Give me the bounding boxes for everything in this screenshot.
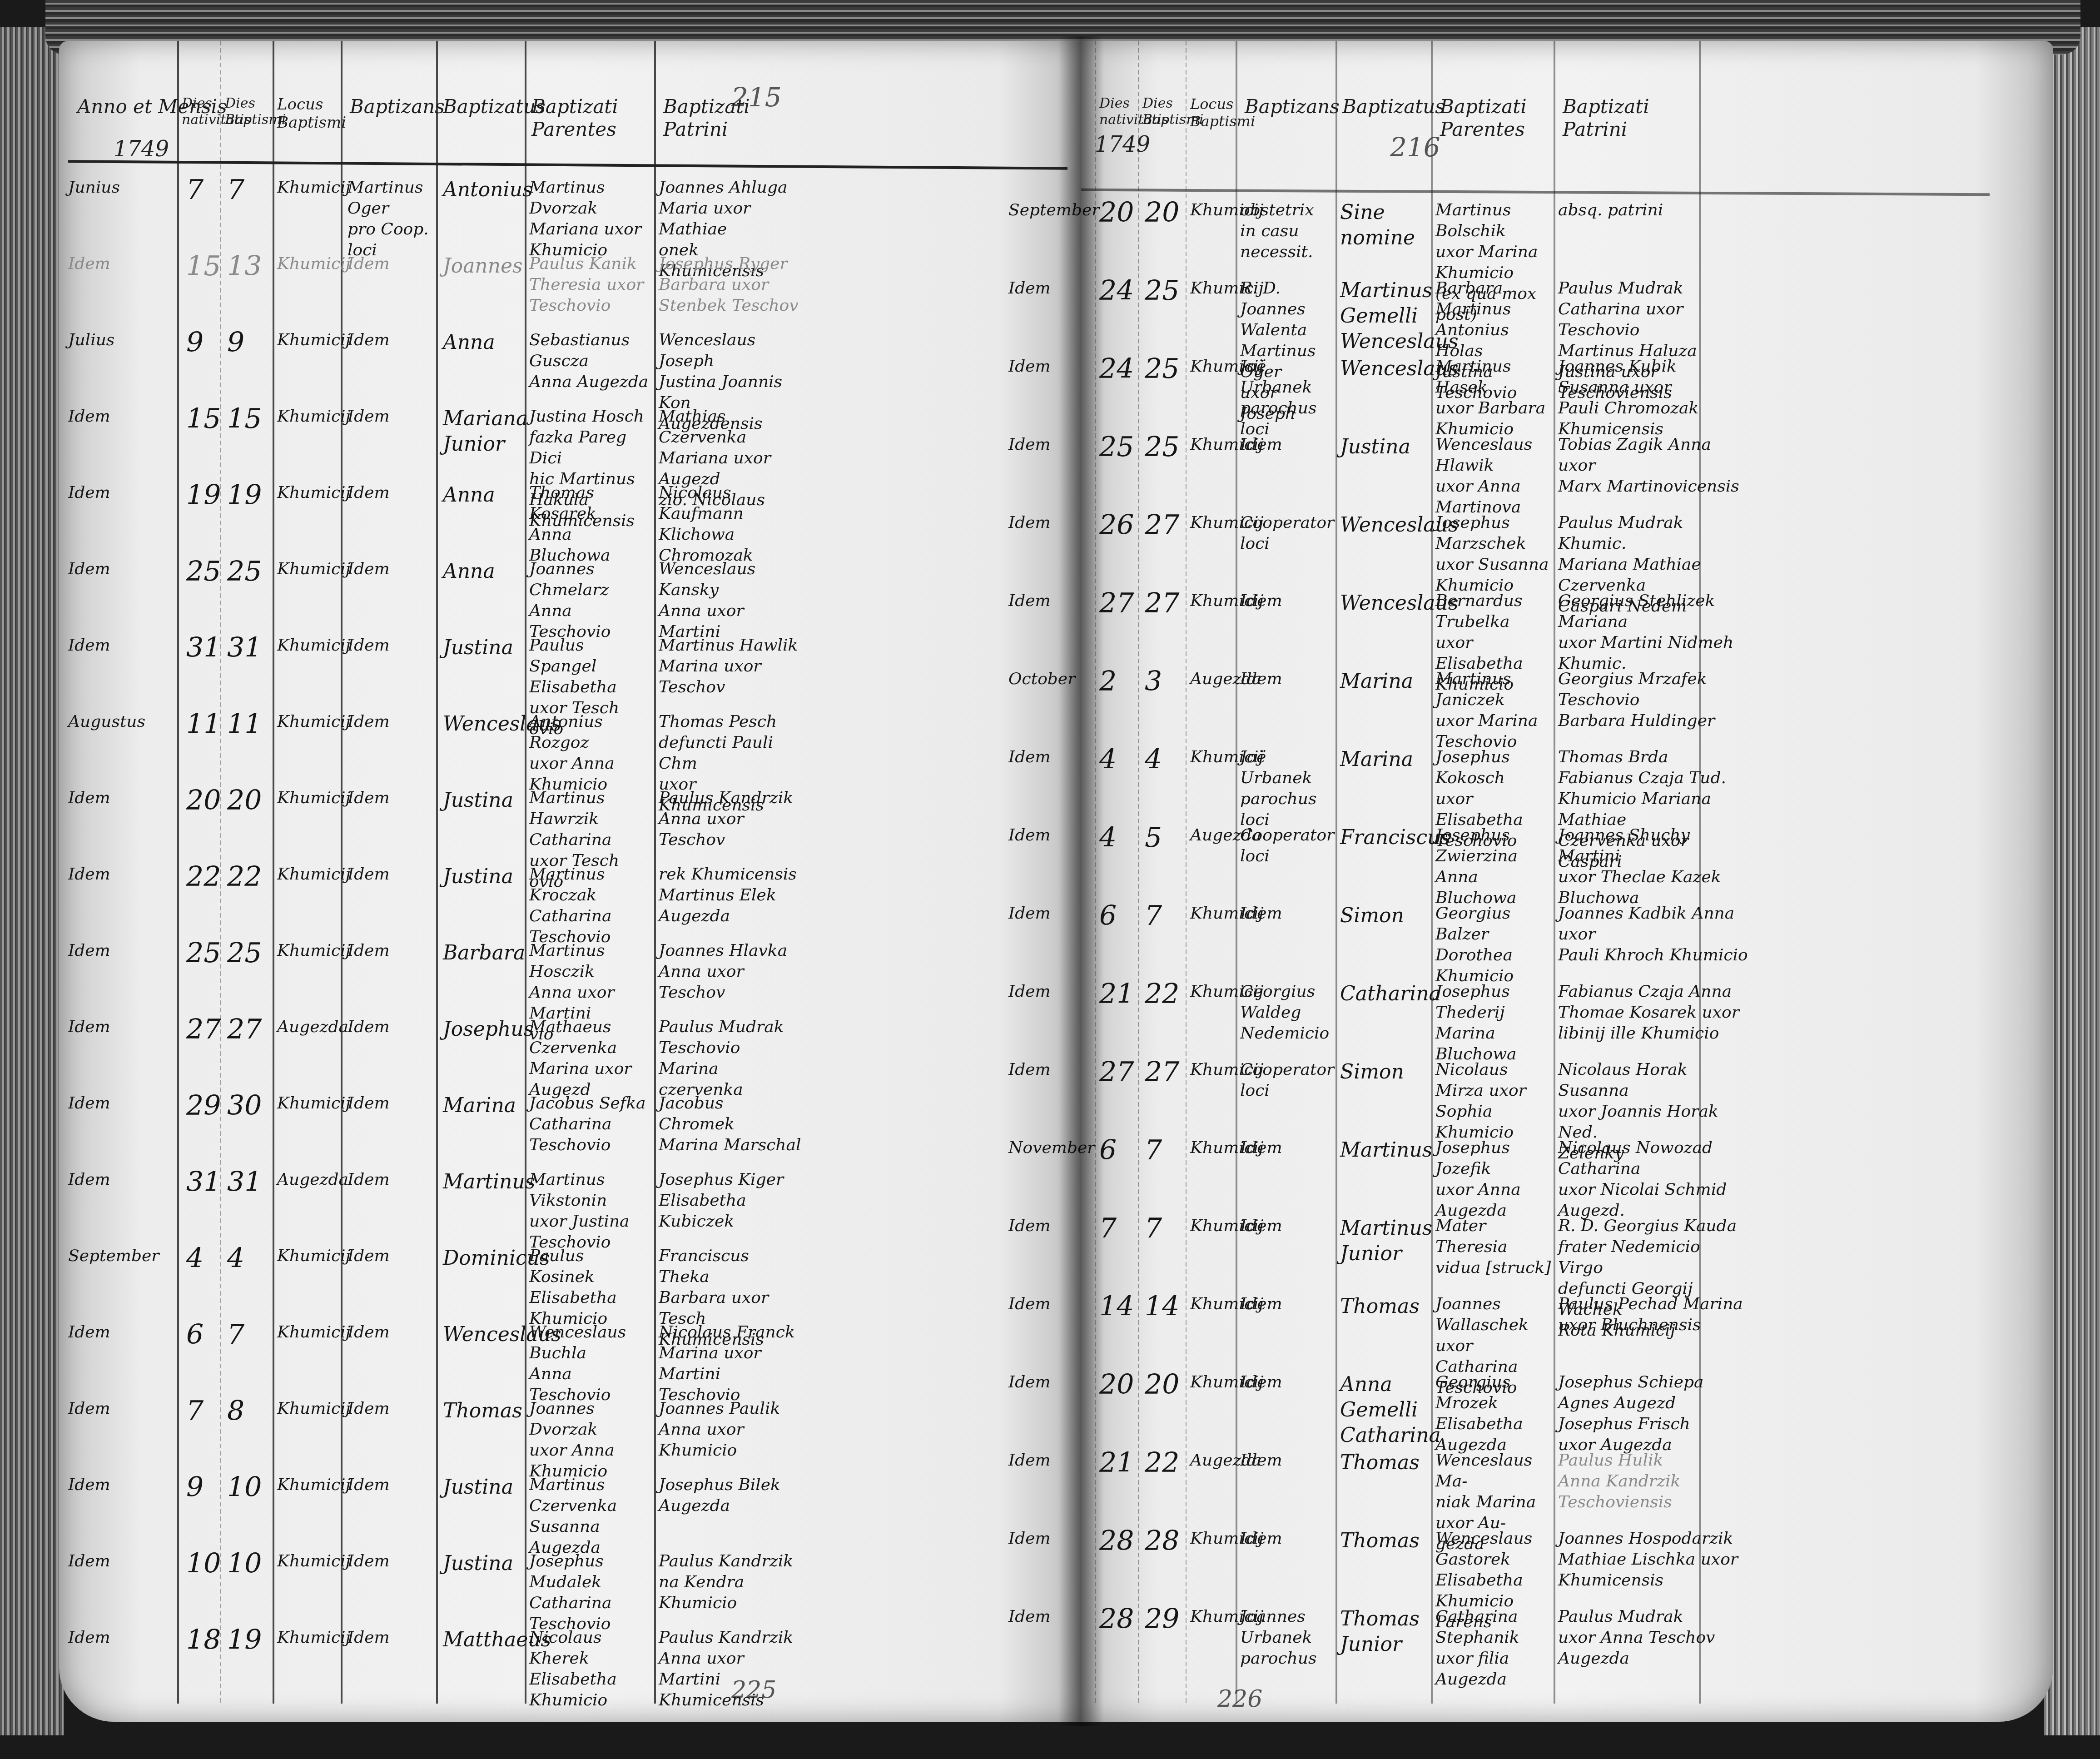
entry-place: Khumicij [1190, 1528, 1236, 1549]
entry-baptized: 25 [1145, 278, 1186, 303]
header-place: Locus Baptismi [277, 95, 341, 132]
entry-place: Augezda [277, 1017, 341, 1038]
entry-born: 18 [186, 1627, 223, 1653]
entry-baptizans: Idem [348, 1322, 434, 1343]
entry-child: Anna [443, 482, 525, 508]
entry-place: Khumicij [1190, 434, 1236, 455]
entry-child: Wenceslaus [1340, 512, 1431, 538]
entry-baptized: 11 [227, 711, 268, 737]
entry-child: Sine nomine [1340, 200, 1431, 251]
header-baptizans: Baptizans [1245, 95, 1331, 118]
entry-baptized: 25 [227, 940, 268, 966]
entry-baptized: 27 [227, 1017, 268, 1042]
entry-godparents: Martinus Hawlik Marina uxor Teschov [659, 635, 804, 698]
entry-born: 7 [186, 1398, 223, 1424]
entry-baptizans: Joannes Urbanek parochus [1240, 1606, 1333, 1669]
entry-place: Khumicij [1190, 356, 1236, 377]
entry-baptized: 25 [1145, 434, 1186, 460]
entry-month: Idem [68, 788, 173, 809]
header-born: Dies nativitatis [1099, 95, 1140, 128]
entry-baptized: 20 [1145, 1372, 1186, 1397]
entry-baptizans: Cooperator loci [1240, 512, 1333, 554]
entry-place: Khumicij [277, 1246, 341, 1267]
entry-child: Thomas [443, 1398, 525, 1424]
entry-born: 28 [1099, 1528, 1136, 1554]
entry-child: Josephus [443, 1017, 525, 1042]
entry-place: Khumicij [277, 1398, 341, 1419]
entry-godparents: Georgius Stehlizek Mariana uxor Martini … [1558, 591, 1749, 674]
entry-baptizans: Cooperator loci [1240, 1059, 1333, 1101]
header-parents: Baptizati Parentes [531, 95, 650, 141]
entry-baptizans: Idem [348, 1627, 434, 1648]
entry-baptized: 27 [1145, 591, 1186, 616]
entry-parents: Martinus Hasek uxor Barbara Khumicio [1435, 356, 1554, 440]
entry-child: Wenceslaus [443, 1322, 525, 1347]
entry-parents: Josephus Thederij Marina Bluchowa [1435, 981, 1554, 1065]
entry-month: Idem [68, 1093, 173, 1114]
entry-place: Khumicij [1190, 278, 1236, 299]
entry-baptized: 27 [1145, 1059, 1186, 1085]
entry-baptized: 13 [227, 253, 268, 279]
header-born: Dies nativitatis [182, 95, 223, 128]
entry-baptizans: Idem [348, 1246, 434, 1267]
entry-born: 9 [186, 1475, 223, 1500]
entry-parents: Nicolaus Kherek Elisabetha Khumicio [529, 1627, 654, 1711]
entry-baptized: 7 [227, 1322, 268, 1347]
entry-place: Khumicij [1190, 1372, 1236, 1393]
entry-parents: Martinus Kroczak Catharina Teschovio [529, 864, 654, 948]
entry-month: Augustus [68, 711, 173, 732]
open-register-book: 215 225 1749 Anno et Mensis Dies nativit… [0, 0, 2100, 1759]
entry-child: Marina [1340, 747, 1431, 772]
entry-child: Justina [1340, 434, 1431, 460]
entry-child: Wenceslaus [443, 711, 525, 737]
entry-parents: Joannes Chmelarz Anna Teschovio [529, 559, 654, 642]
entry-born: 4 [186, 1246, 223, 1271]
entry-place: Khumicij [1190, 981, 1236, 1002]
entry-child: Wenceslaus [1340, 356, 1431, 382]
entry-child: Antonius [443, 177, 525, 203]
entry-born: 20 [1099, 200, 1136, 225]
entry-baptized: 7 [227, 177, 268, 203]
entry-born: 24 [1099, 278, 1136, 303]
entry-baptized: 30 [227, 1093, 268, 1118]
entry-born: 19 [186, 482, 223, 508]
entry-godparents: Nicolaus Nowozad Catharina uxor Nicolai … [1558, 1138, 1749, 1221]
entry-born: 31 [186, 635, 223, 661]
entry-baptizans: Idem [348, 1551, 434, 1572]
entry-baptizans: Idem [1240, 1138, 1333, 1158]
entry-baptized: 31 [227, 635, 268, 661]
entry-baptized: 29 [1145, 1606, 1186, 1632]
entry-baptizans: Idem [348, 940, 434, 961]
entry-month: September [68, 1246, 173, 1267]
folio-number-top: 216 [1390, 132, 1440, 163]
entry-baptizans: Idem [348, 559, 434, 580]
entry-month: Idem [68, 559, 173, 580]
entry-baptized: 25 [1145, 356, 1186, 382]
entry-child: Justina [443, 1551, 525, 1576]
header-godparents: Baptizati Patrini [1563, 95, 1699, 141]
entry-godparents: Georgius Mrzafek Teschovio Barbara Huldi… [1558, 669, 1749, 731]
entry-child: Anna [443, 330, 525, 355]
entry-place: Khumicij [277, 482, 341, 503]
entry-godparents: Nicolaus Kaufmann Klichowa Chromozak [659, 482, 804, 566]
entry-place: Khumicij [277, 177, 341, 198]
entry-parents: Georgius Mrozek Elisabetha Augezda [1435, 1372, 1554, 1456]
entry-born: 20 [186, 788, 223, 813]
entry-place: Augezda [277, 1169, 341, 1190]
entry-child: Anna Gemelli Catharina [1340, 1372, 1431, 1448]
entry-place: Khumicij [277, 635, 341, 656]
entry-month: Idem [68, 1322, 173, 1343]
entry-baptized: 4 [227, 1246, 268, 1271]
entry-born: 6 [1099, 1138, 1136, 1163]
entry-place: Augezda [1190, 669, 1236, 690]
entry-parents: Martinus Janiczek uxor Marina Teschovio [1435, 669, 1554, 752]
entry-place: Khumicij [277, 788, 341, 809]
entry-baptized: 9 [227, 330, 268, 355]
entry-baptizans: Joë Urbanek parochus loci [1240, 747, 1333, 830]
entry-parents: Catharina Stephanik uxor filia Augezda [1435, 1606, 1554, 1690]
entry-month: Idem [68, 406, 173, 427]
entry-baptizans: Idem [348, 330, 434, 351]
entry-baptized: 10 [227, 1475, 268, 1500]
entry-baptizans: Idem [348, 864, 434, 885]
left-page: 215 225 1749 Anno et Mensis Dies nativit… [59, 41, 1081, 1722]
right-page: 216 226 1749 Dies nativitatis Dies Bapti… [1081, 41, 2053, 1722]
entry-child: Simon [1340, 903, 1431, 929]
entry-baptized: 5 [1145, 825, 1186, 850]
entry-born: 7 [186, 177, 223, 203]
entry-born: 28 [1099, 1606, 1136, 1632]
entry-baptized: 25 [227, 559, 268, 584]
entry-born: 29 [186, 1093, 223, 1118]
entry-parents: Thomas Kosarek Anna Bluchowa [529, 482, 654, 566]
entry-godparents: Joannes Hlavka Anna uxor Teschov [659, 940, 804, 1003]
entry-baptized: 7 [1145, 1138, 1186, 1163]
entry-child: Martinus Junior [1340, 1216, 1431, 1267]
entry-parents: Josephus Jozefik uxor Anna Augezda [1435, 1138, 1554, 1221]
entry-baptizans: Idem [1240, 434, 1333, 455]
entry-place: Khumicij [277, 1475, 341, 1496]
entry-godparents: absq. patrini [1558, 200, 1749, 221]
entry-baptizans: Martinus Oger pro Coop. loci [348, 177, 434, 261]
entry-baptizans: Cooperator loci [1240, 825, 1333, 867]
entry-godparents: Nicolaus Franck Marina uxor Martini Tesc… [659, 1322, 804, 1406]
entry-child: Marina [443, 1093, 525, 1118]
entry-place: Augezda [1190, 825, 1236, 846]
entry-place: Khumicij [277, 559, 341, 580]
entry-godparents: Paulus Hulik Anna Kandrzik Teschoviensis [1558, 1450, 1749, 1513]
entry-baptizans: Idem [348, 406, 434, 427]
entry-born: 7 [1099, 1216, 1136, 1241]
entry-place: Khumicij [277, 330, 341, 351]
entry-parents: Nicolaus Mirza uxor Sophia Khumicio [1435, 1059, 1554, 1143]
entry-month: Idem [68, 635, 173, 656]
entry-child: Wenceslaus [1340, 591, 1431, 616]
entry-godparents: Joannes Shuchy Martini uxor Theclae Kaze… [1558, 825, 1749, 909]
book-gutter [1058, 36, 1104, 1726]
entry-baptizans: Idem [348, 482, 434, 503]
entry-baptizans: Idem [348, 1093, 434, 1114]
entry-born: 4 [1099, 825, 1136, 850]
entry-place: Khumicij [1190, 747, 1236, 768]
entry-baptizans: Idem [1240, 1216, 1333, 1237]
entry-child: Thomas [1340, 1528, 1431, 1554]
entry-baptized: 15 [227, 406, 268, 432]
entry-godparents: Joannes Kubik Susanna uxor Pauli Chromoz… [1558, 356, 1749, 440]
entry-baptizans: Idem [348, 1398, 434, 1419]
entry-baptizans: Joë Urbanek parochus loci [1240, 356, 1333, 440]
entry-place: Khumicij [1190, 1216, 1236, 1237]
entry-month: Junius [68, 177, 173, 198]
entry-child: Anna [443, 559, 525, 584]
entry-godparents: rek Khumicensis Martinus Elek Augezda [659, 864, 804, 927]
entry-place: Khumicij [1190, 591, 1236, 611]
entry-parents: Wenceslaus Buchla Anna Teschovio [529, 1322, 654, 1406]
entry-baptized: 22 [1145, 981, 1186, 1007]
entry-baptizans: Idem [348, 635, 434, 656]
entry-parents: Mathaeus Czervenka Marina uxor Augezd [529, 1017, 654, 1100]
entry-child: Joannes [443, 253, 525, 279]
entry-godparents: Joannes Paulik Anna uxor Khumicio [659, 1398, 804, 1461]
entry-child: Thomas [1340, 1294, 1431, 1319]
entry-parents: Wenceslaus Hlawik uxor Anna Martinova [1435, 434, 1554, 518]
entry-child: Matthaeus [443, 1627, 525, 1653]
entry-born: 25 [1099, 434, 1136, 460]
header-child: Baptizatus [443, 95, 546, 118]
entry-child: Justina [443, 1475, 525, 1500]
entry-place: Khumicij [1190, 1294, 1236, 1315]
entry-born: 27 [1099, 1059, 1136, 1085]
entry-born: 2 [1099, 669, 1136, 694]
entry-child: Thomas [1340, 1450, 1431, 1476]
entry-baptizans: Idem [1240, 1294, 1333, 1315]
entry-child: Barbara [443, 940, 525, 966]
entry-child: Martinus [443, 1169, 525, 1195]
entry-godparents: Wenceslaus Kansky Anna uxor Martini [659, 559, 804, 642]
entry-baptizans: Idem [348, 253, 434, 274]
entry-born: 25 [186, 559, 223, 584]
entry-parents: Josephus Mudalek Catharina Teschovio [529, 1551, 654, 1635]
entry-place: Khumicij [277, 940, 341, 961]
entry-baptized: 4 [1145, 747, 1186, 772]
entry-parents: Mater Theresia vidua [struck] [1435, 1216, 1554, 1278]
entry-baptizans: Idem [1240, 1528, 1333, 1549]
entry-child: Martinus Gemelli Wenceslaus [1340, 278, 1431, 354]
entry-born: 31 [186, 1169, 223, 1195]
entry-baptizans: Idem [348, 788, 434, 809]
entry-baptizans: Idem [1240, 669, 1333, 690]
entry-baptizans: Idem [348, 1017, 434, 1038]
entry-place: Khumicij [1190, 1138, 1236, 1158]
entry-parents: Antonius Rozgoz uxor Anna Khumicio [529, 711, 654, 795]
entry-month: Idem [68, 1475, 173, 1496]
entry-child: Thomas Junior [1340, 1606, 1431, 1657]
entry-baptizans: obstetrix in casu necessit. [1240, 200, 1333, 263]
entry-baptized: 19 [227, 482, 268, 508]
entry-month: Idem [68, 1551, 173, 1572]
entry-child: Justina [443, 788, 525, 813]
entry-baptized: 20 [227, 788, 268, 813]
header-baptized: Dies Baptismi [1142, 95, 1186, 128]
entry-place: Khumicij [1190, 512, 1236, 533]
entry-parents: Jacobus Sefka Catharina Teschovio [529, 1093, 654, 1156]
entry-baptized: 22 [227, 864, 268, 889]
entry-place: Khumicij [1190, 1606, 1236, 1627]
entry-baptized: 20 [1145, 200, 1186, 225]
entry-godparents: Paulus Mudrak Teschovio Marina czervenka [659, 1017, 804, 1100]
entry-baptizans: Georgius Waldeg Nedemicio [1240, 981, 1333, 1044]
entry-godparents: Josephus Schiepa Agnes Augezd Josephus F… [1558, 1372, 1749, 1456]
entry-baptizans: Idem [1240, 1372, 1333, 1393]
entry-month: Idem [68, 1627, 173, 1648]
entry-month: Idem [68, 1017, 173, 1038]
entry-child: Martinus [1340, 1138, 1431, 1163]
entry-baptized: 14 [1145, 1294, 1186, 1319]
entry-born: 27 [1099, 591, 1136, 616]
entry-godparents: Joannes Kadbik Anna uxor Pauli Khroch Kh… [1558, 903, 1749, 966]
entry-godparents: Josephus Kiger Elisabetha Kubiczek [659, 1169, 804, 1232]
year-label: 1749 [114, 136, 169, 162]
entry-month: Idem [68, 864, 173, 885]
entry-parents: Georgius Balzer Dorothea Khumicio [1435, 903, 1554, 987]
left-page-stack [0, 27, 64, 1735]
entry-parents: Josephus Zwierzina Anna Bluchowa [1435, 825, 1554, 909]
entry-born: 21 [1099, 1450, 1136, 1476]
entry-place: Khumicij [1190, 200, 1236, 221]
entry-godparents: Josephus Ryger Barbara uxor Stenbek Tesc… [659, 253, 804, 316]
entry-godparents: Paulus Kandrzik na Kendra Khumicio [659, 1551, 804, 1614]
entry-child: Mariana Junior [443, 406, 525, 457]
entry-month: Julius [68, 330, 173, 351]
entry-godparents: Josephus Bilek Augezda [659, 1475, 804, 1516]
entry-baptizans: Idem [348, 711, 434, 732]
entry-baptizans: Idem [1240, 591, 1333, 611]
entry-baptized: 22 [1145, 1450, 1186, 1476]
entry-place: Khumicij [1190, 903, 1236, 924]
entry-month: Idem [68, 1398, 173, 1419]
entry-parents: Sebastianus Guscza Anna Augezda [529, 330, 654, 393]
entry-born: 4 [1099, 747, 1136, 772]
entry-baptized: 7 [1145, 1216, 1186, 1241]
entry-baptizans: Idem [1240, 903, 1333, 924]
entry-child: Catharina [1340, 981, 1431, 1007]
entry-born: 11 [186, 711, 223, 737]
entry-baptized: 27 [1145, 512, 1186, 538]
entry-baptizans: Idem [348, 1169, 434, 1190]
entry-born: 22 [186, 864, 223, 889]
entry-born: 14 [1099, 1294, 1136, 1319]
entry-born: 15 [186, 253, 223, 279]
entry-place: Khumicij [277, 1627, 341, 1648]
entry-parents: Paulus Kosinek Elisabetha Khumicio [529, 1246, 654, 1329]
entry-baptized: 19 [227, 1627, 268, 1653]
entry-born: 27 [186, 1017, 223, 1042]
entry-child: Franciscus [1340, 825, 1431, 850]
entry-place: Khumicij [1190, 1059, 1236, 1080]
entry-born: 6 [186, 1322, 223, 1347]
entry-child: Justina [443, 635, 525, 661]
entry-baptizans: Idem [1240, 1450, 1333, 1471]
entry-month: Idem [68, 253, 173, 274]
entry-place: Khumicij [277, 253, 341, 274]
entry-child: Justina [443, 864, 525, 889]
entry-parents: Joannes Dvorzak uxor Anna Khumicio [529, 1398, 654, 1482]
entry-baptized: 28 [1145, 1528, 1186, 1554]
entry-born: 9 [186, 330, 223, 355]
header-baptized: Dies Baptismi [225, 95, 270, 128]
entry-godparents: Paulus Pechad Marina uxor Bluchnensis [1558, 1294, 1749, 1336]
entry-born: 21 [1099, 981, 1136, 1007]
entry-born: 26 [1099, 512, 1136, 538]
entry-child: Simon [1340, 1059, 1431, 1085]
entry-godparents: Jacobus Chromek Marina Marschal [659, 1093, 804, 1156]
entry-parents: Martinus Dvorzak Mariana uxor Khumicio [529, 177, 654, 261]
entry-month: Idem [68, 940, 173, 961]
header-place: Locus Baptismi [1190, 95, 1236, 130]
entry-godparents: Paulus Kandrzik Anna uxor Teschov [659, 788, 804, 850]
entry-child: Dominicus [443, 1246, 525, 1271]
header-godparents: Baptizati Patrini [663, 95, 799, 141]
entry-godparents: Fabianus Czaja Anna Thomae Kosarek uxor … [1558, 981, 1749, 1044]
entry-parents: Paulus Kanik Theresia uxor Teschovio [529, 253, 654, 316]
entry-parents: Martinus Czervenka Susanna Augezda [529, 1475, 654, 1558]
entry-place: Khumicij [277, 864, 341, 885]
entry-born: 10 [186, 1551, 223, 1576]
header-baptizans: Baptizans [350, 95, 445, 118]
entry-month: Idem [68, 1169, 173, 1190]
entry-baptizans: Idem [348, 1475, 434, 1496]
header-child: Baptizatus [1342, 95, 1429, 118]
folio-number-bottom: 226 [1217, 1685, 1262, 1713]
entry-place: Khumicij [277, 1551, 341, 1572]
entry-place: Augezda [1190, 1450, 1236, 1471]
entry-child: Marina [1340, 669, 1431, 694]
entry-place: Khumicij [277, 711, 341, 732]
entry-godparents: Paulus Mudrak uxor Anna Teschov Augezda [1558, 1606, 1749, 1669]
entry-godparents: Joannes Hospodarzik Mathiae Lischka uxor… [1558, 1528, 1749, 1591]
entry-born: 25 [186, 940, 223, 966]
entry-born: 20 [1099, 1372, 1136, 1397]
entry-born: 6 [1099, 903, 1136, 929]
entry-baptized: 8 [227, 1398, 268, 1424]
entry-born: 24 [1099, 356, 1136, 382]
entry-baptized: 10 [227, 1551, 268, 1576]
entry-place: Khumicij [277, 406, 341, 427]
entry-parents: Josephus Marzschek uxor Susanna Khumicio [1435, 512, 1554, 596]
entry-parents: Martinus Vikstonin uxor Justina Teschovi… [529, 1169, 654, 1253]
entry-godparents: Tobias Zagik Anna uxor Marx Martinovicen… [1558, 434, 1749, 497]
entry-month: Idem [68, 482, 173, 503]
entry-place: Khumicij [277, 1093, 341, 1114]
entry-baptized: 7 [1145, 903, 1186, 929]
entry-baptized: 3 [1145, 669, 1186, 694]
entry-place: Khumicij [277, 1322, 341, 1343]
entry-godparents: Paulus Kandrzik Anna uxor Martini Khumic… [659, 1627, 804, 1711]
header-parents: Baptizati Parentes [1440, 95, 1549, 141]
entry-born: 15 [186, 406, 223, 432]
entry-baptized: 31 [227, 1169, 268, 1195]
